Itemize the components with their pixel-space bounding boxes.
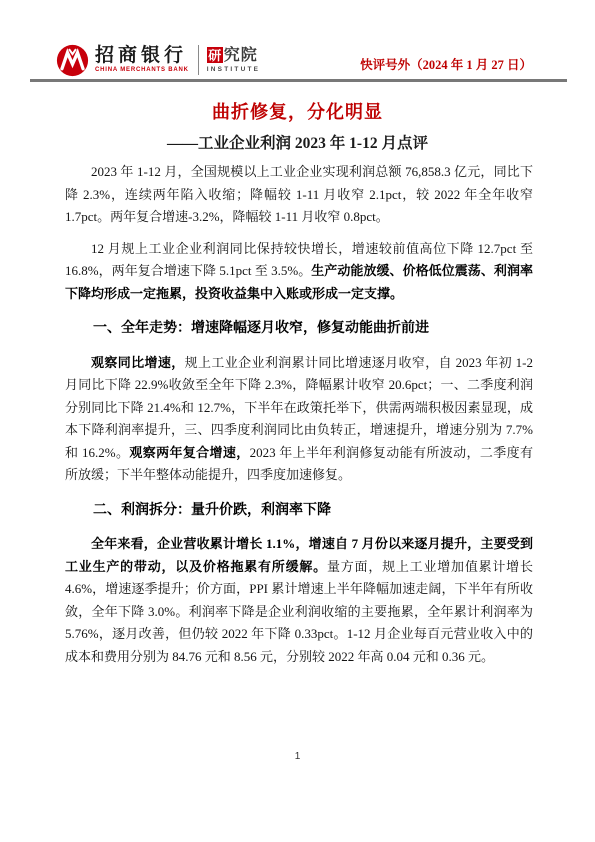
issue-label: 快评号外（2024 年 1 月 27 日）	[360, 55, 532, 73]
bank-name-block: 招商银行 CHINA MERCHANTS BANK	[95, 46, 189, 74]
text-run-bold: 观察两年复合增速，	[129, 445, 249, 460]
institute-block: 研 究院 INSTITUTE	[207, 47, 260, 74]
report-body: 2023 年 1-12 月，全国规模以上工业企业实现利润总额 76,858.3 …	[65, 161, 533, 677]
section-heading-1: 一、全年走势：增速降幅逐月收窄，修复动能曲折前进	[65, 318, 533, 341]
cmb-logo-icon	[56, 44, 89, 77]
logo-divider	[198, 45, 199, 75]
document-page: 招商银行 CHINA MERCHANTS BANK 研 究院 INSTITUTE…	[0, 0, 595, 842]
paragraph-overview: 2023 年 1-12 月，全国规模以上工业企业实现利润总额 76,858.3 …	[65, 161, 533, 229]
text-run-bold: 观察同比增速，	[91, 355, 185, 370]
text-run: 量方面，规上工业增加值累计增长 4.6%，增速逐季提升；价方面，PPI 累计增速…	[65, 559, 533, 664]
institute-badge: 研	[207, 47, 223, 63]
bank-name-en: CHINA MERCHANTS BANK	[95, 66, 189, 74]
header-rule	[30, 79, 567, 82]
section-heading-2: 二、利润拆分：量升价跌，利润率下降	[65, 500, 533, 523]
paragraph-profit-breakdown: 全年来看，企业营收累计增长 1.1%，增速自 7 月份以来逐月提升，主要受到工业…	[65, 533, 533, 668]
cmb-logo: 招商银行 CHINA MERCHANTS BANK 研 究院 INSTITUTE	[56, 41, 260, 79]
report-title: 曲折修复，分化明显	[0, 98, 595, 124]
bank-name-cn: 招商银行	[95, 46, 189, 66]
institute-en: INSTITUTE	[207, 65, 260, 74]
page-number: 1	[0, 751, 595, 762]
paragraph-yearly-trend: 观察同比增速，规上工业企业利润累计同比增速逐月收窄，自 2023 年初 1-2 …	[65, 352, 533, 487]
text-run: 2023 年 1-12 月，全国规模以上工业企业实现利润总额 76,858.3 …	[65, 164, 533, 224]
institute-cn: 研 究院	[207, 47, 260, 64]
paragraph-december: 12 月规上工业企业利润同比保持较快增长，增速较前值高位下降 12.7pct 至…	[65, 238, 533, 306]
institute-cn-rest: 究院	[224, 47, 258, 64]
report-subtitle: ——工业企业利润 2023 年 1-12 月点评	[0, 131, 595, 153]
